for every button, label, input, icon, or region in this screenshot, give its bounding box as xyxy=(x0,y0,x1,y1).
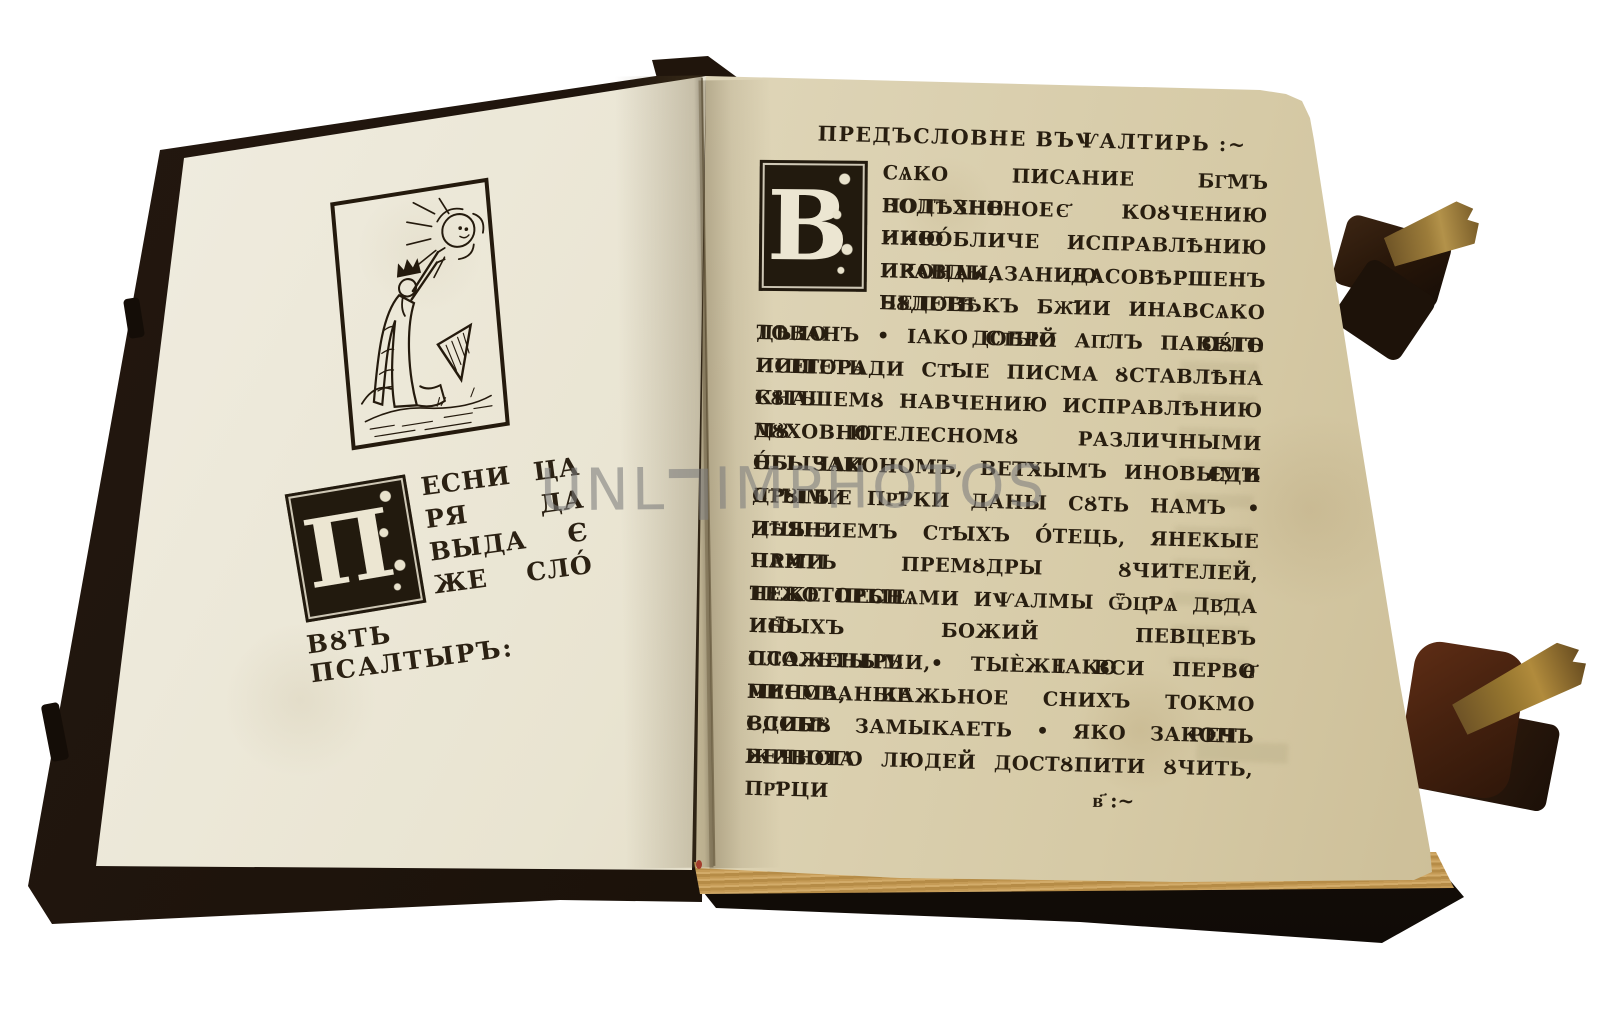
drop-cap-letter: П xyxy=(296,488,402,611)
watermark: UNL IMPHOTOS xyxy=(540,452,1048,524)
antique-book-photo: П ЕСНИ ЦА РЯ ДА ВЫДА Є ЖЕ СЛО́ ВȢТЬ ПСАЛ… xyxy=(0,0,1600,1012)
left-drop-cap: П xyxy=(285,474,427,622)
spine-speck xyxy=(696,860,702,869)
woodcut-illustration xyxy=(330,178,510,451)
watermark-text: UNL xyxy=(540,455,668,524)
watermark-text: IMPHOTOS xyxy=(714,452,1048,523)
right-drop-cap: В xyxy=(759,160,868,292)
drop-cap-letter: В xyxy=(767,169,849,283)
watermark-logo-icon xyxy=(669,468,708,519)
